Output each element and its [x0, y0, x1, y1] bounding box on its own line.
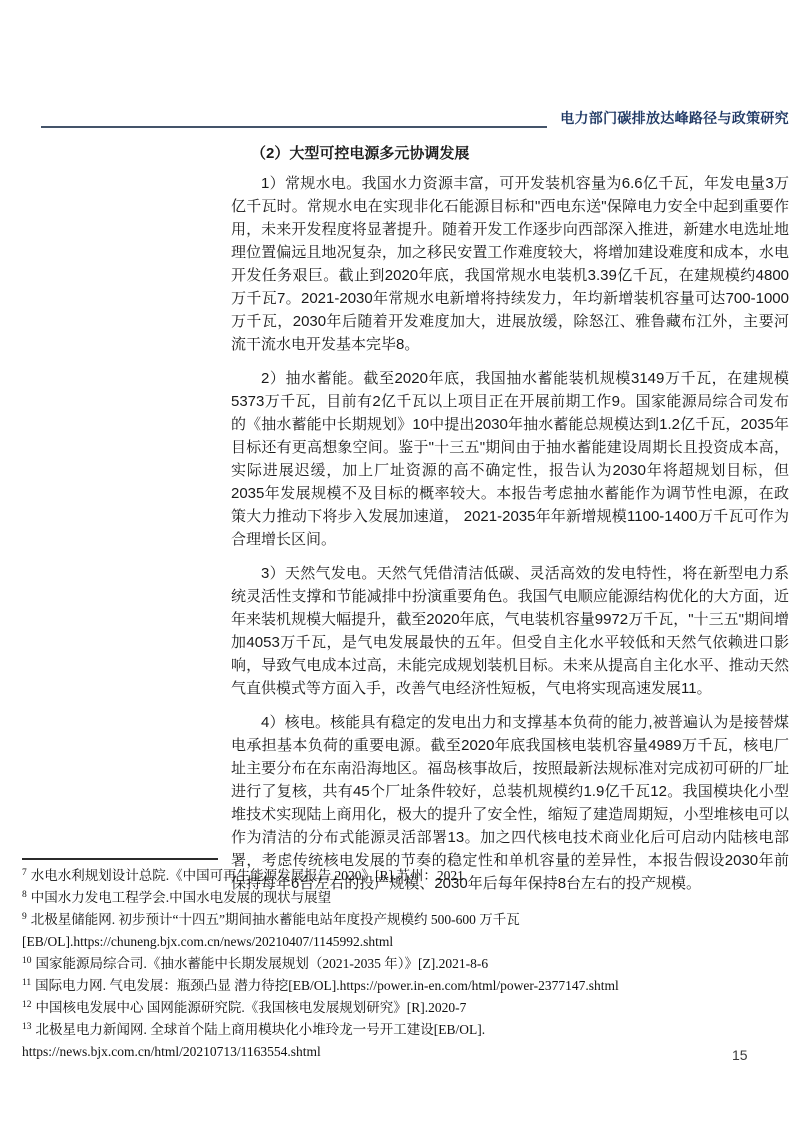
footnote-12: 12中国核电发展中心 国网能源研究院.《我国核电发展规划研究》[R].2020-…: [22, 997, 774, 1019]
footnote-text: 国家能源局综合司.《抽水蓄能中长期发展规划（2021-2035 年）》[Z].2…: [36, 956, 489, 971]
footnote-text: 中国核电发展中心 国网能源研究院.《我国核电发展规划研究》[R].2020-7: [36, 1000, 467, 1015]
footnote-number: 11: [22, 978, 31, 988]
footnote-9: 9北极星储能网. 初步预计“十四五”期间抽水蓄能电站年度投产规模约 500-60…: [22, 909, 774, 953]
paragraph-conventional-hydro: 1）常规水电。我国水力资源丰富，可开发装机容量为6.6亿千瓦，年发电量3万亿千瓦…: [231, 172, 789, 356]
document-page: 电力部门碳排放达峰路径与政策研究 （2）大型可控电源多元协调发展 1）常规水电。…: [0, 0, 793, 1122]
footnote-11: 11国际电力网. 气电发展：瓶颈凸显 潜力待挖[EB/OL].https://p…: [22, 975, 774, 997]
footnote-number: 9: [22, 912, 27, 922]
footnote-number: 8: [22, 890, 27, 900]
footnote-number: 10: [22, 956, 32, 966]
footnote-10: 10国家能源局综合司.《抽水蓄能中长期发展规划（2021-2035 年）》[Z]…: [22, 953, 774, 975]
footnote-text: 国际电力网. 气电发展：瓶颈凸显 潜力待挖[EB/OL].https://pow…: [35, 978, 619, 993]
footnote-7: 7水电水利规划设计总院.《中国可再生能源发展报告 2020》[R].苏州：202…: [22, 865, 774, 887]
footnote-text: 北极星储能网. 初步预计“十四五”期间抽水蓄能电站年度投产规模约 500-600…: [22, 912, 520, 949]
footnote-number: 7: [22, 868, 27, 878]
footnotes-block: 7水电水利规划设计总院.《中国可再生能源发展报告 2020》[R].苏州：202…: [22, 865, 774, 1063]
page-number: 15: [732, 1047, 748, 1063]
footnote-text: 水电水利规划设计总院.《中国可再生能源发展报告 2020》[R].苏州：2021: [31, 868, 464, 883]
paragraph-pumped-storage: 2）抽水蓄能。截至2020年底，我国抽水蓄能装机规模3149万千瓦，在建规模53…: [231, 367, 789, 551]
section-heading: （2）大型可控电源多元协调发展: [251, 142, 469, 163]
footnote-number: 13: [22, 1022, 32, 1032]
footnote-text: 中国水力发电工程学会.中国水电发展的现状与展望: [31, 890, 331, 905]
footnote-separator-rule: [22, 858, 218, 860]
footnote-number: 12: [22, 1000, 32, 1010]
footnote-13: 13北极星电力新闻网. 全球首个陆上商用模块化小堆玲龙一号开工建设[EB/OL]…: [22, 1019, 774, 1063]
running-header-title: 电力部门碳排放达峰路径与政策研究: [560, 108, 789, 128]
paragraph-natural-gas-power: 3）天然气发电。天然气凭借清洁低碳、灵活高效的发电特性，将在新型电力系统灵活性支…: [231, 562, 789, 700]
body-text-block: 1）常规水电。我国水力资源丰富，可开发装机容量为6.6亿千瓦，年发电量3万亿千瓦…: [231, 172, 789, 906]
footnote-8: 8中国水力发电工程学会.中国水电发展的现状与展望: [22, 887, 774, 909]
header-rule: [41, 126, 547, 128]
footnote-text: 北极星电力新闻网. 全球首个陆上商用模块化小堆玲龙一号开工建设[EB/OL]. …: [22, 1022, 485, 1059]
